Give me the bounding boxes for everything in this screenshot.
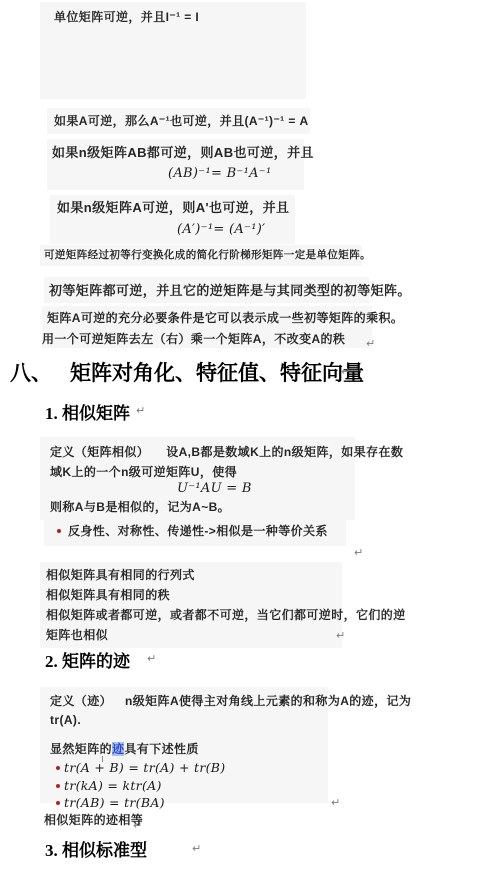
similar-prop-invertible-2: 矩阵也相似 bbox=[46, 628, 108, 643]
inverse-of-inverse-line: 如果A可逆，那么A⁻¹也可逆，并且(A⁻¹)⁻¹ = A bbox=[54, 114, 309, 129]
product-invertible-line: 如果n级矩阵AB都可逆，则AB也可逆，并且 bbox=[52, 145, 314, 161]
equivalence-bullet-line: 反身性、对称性、传递性->相似是一种等价关系 bbox=[68, 524, 328, 539]
transpose-inverse-formula: (A′)⁻¹= (A⁻¹)′ bbox=[177, 222, 265, 237]
subsection2-heading: 2. 矩阵的迹 bbox=[45, 647, 130, 672]
section8-number: 八、 bbox=[10, 357, 52, 387]
paragraph-mark-icon: ↵ bbox=[341, 366, 350, 377]
subsection3-heading: 3. 相似标准型 bbox=[45, 836, 147, 861]
trace-property-sum: tr(A + B) = tr(A) + tr(B) bbox=[64, 760, 225, 775]
similar-prop-determinant: 相似矩阵具有相同的行列式 bbox=[46, 568, 195, 583]
rank-note-line: 用一个可逆矩阵去左（右）乘一个矩阵A，不改变A的秩 bbox=[42, 332, 345, 347]
elementary-note-line: 初等矩阵都可逆，并且它的逆矩阵是与其同类型的初等矩阵。 bbox=[49, 283, 411, 299]
definition-label: 定义（矩阵相似） bbox=[50, 445, 149, 460]
definition-text: n级矩阵A使得主对角线上元素的和称为A的迹，记为 bbox=[125, 694, 411, 709]
trace-highlighted-char: 迹 bbox=[112, 742, 124, 756]
definition-label: 定义（迹） bbox=[50, 694, 112, 709]
product-inverse-formula: (AB)⁻¹= B⁻¹A⁻¹ bbox=[168, 166, 271, 181]
definition-text: 设A,B都是数域K上的n级矩阵，如果存在数 bbox=[166, 445, 403, 460]
similar-prop-rank: 相似矩阵具有相同的秩 bbox=[46, 588, 170, 603]
trace-note-prefix: 显然矩阵的 bbox=[50, 742, 112, 756]
trace-definition-line2: tr(A). bbox=[50, 713, 81, 728]
rref-note-line: 可逆矩阵经过初等行变换化成的简化行阶梯形矩阵一定是单位矩阵。 bbox=[44, 249, 371, 262]
similar-prop-invertible-1: 相似矩阵或者都可逆，或者都不可逆，当它们都可逆时，它们的逆 bbox=[46, 608, 406, 623]
section8-title: 矩阵对角化、特征值、特征向量 bbox=[70, 357, 364, 387]
transpose-invertible-line: 如果n级矩阵A可逆，则A'也可逆，并且 bbox=[57, 200, 289, 216]
subsection1-heading: 1. 相似矩阵 bbox=[45, 399, 130, 424]
paragraph-mark-icon: ↵ bbox=[336, 630, 345, 641]
similar-definition-line3: 则称A与B是相似的，记为A~B。 bbox=[50, 500, 230, 515]
paragraph-mark-icon: ↵ bbox=[331, 797, 340, 808]
bullet-icon bbox=[57, 529, 61, 533]
similar-trace-note-line: 相似矩阵的迹相等 bbox=[44, 813, 143, 828]
similar-definition-line2: 域K上的一个n级可逆矩阵U，使得 bbox=[50, 465, 237, 480]
trace-property-scalar: tr(kA) = ktr(A) bbox=[64, 778, 162, 793]
product-condition-line: 矩阵A可逆的充分必要条件是它可以表示成一些初等矩阵的乘积。 bbox=[47, 311, 403, 326]
paragraph-mark-icon: ↵ bbox=[136, 405, 145, 416]
trace-definition-line1: 定义（迹）n级矩阵A使得主对角线上元素的和称为A的迹，记为 bbox=[50, 694, 411, 709]
trace-property-commute: tr(AB) = tr(BA) bbox=[64, 795, 165, 810]
bullet-icon bbox=[56, 766, 60, 770]
paragraph-mark-icon: ↵ bbox=[192, 843, 201, 854]
paragraph-mark-icon: ↵ bbox=[147, 653, 156, 664]
identity-inverse-line: 单位矩阵可逆，并且I⁻¹ = I bbox=[54, 10, 199, 25]
document-page[interactable]: 单位矩阵可逆，并且I⁻¹ = I 如果A可逆，那么A⁻¹也可逆，并且(A⁻¹)⁻… bbox=[0, 0, 497, 887]
paragraph-mark-icon: ↵ bbox=[366, 338, 375, 349]
bullet-icon bbox=[56, 784, 60, 788]
similar-definition-formula: U⁻¹AU = B bbox=[177, 481, 252, 496]
paragraph-mark-icon: ↵ bbox=[354, 547, 363, 558]
similar-definition-line1: 定义（矩阵相似）设A,B都是数域K上的n级矩阵，如果存在数 bbox=[50, 445, 403, 460]
paragraph-mark-icon: ↵ bbox=[133, 820, 142, 831]
bullet-icon bbox=[56, 801, 60, 805]
trace-note-line: 显然矩阵的迹具有下述性质 bbox=[50, 742, 199, 757]
trace-note-suffix: 具有下述性质 bbox=[124, 742, 198, 756]
